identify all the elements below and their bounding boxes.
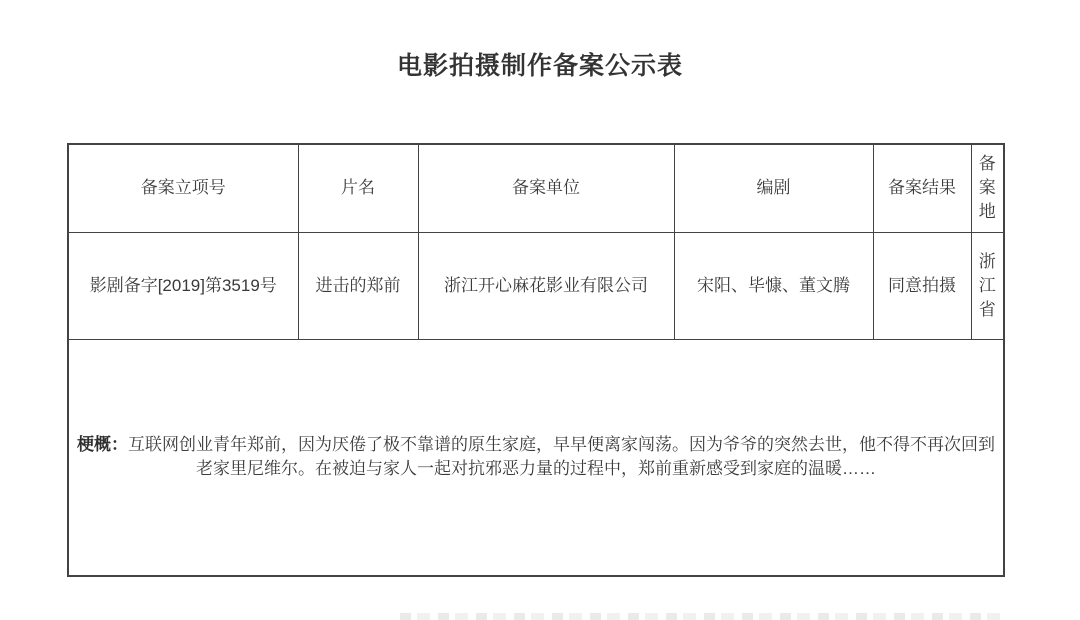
col-header-filing-unit: 备案单位 — [418, 144, 674, 232]
document-page: 电影拍摄制作备案公示表 备案立项号 片名 备案单位 编剧 备案结果 备案地 影剧… — [0, 0, 1080, 620]
col-header-filing-result: 备案结果 — [873, 144, 971, 232]
cell-filing-number: 影剧备字[2019]第3519号 — [68, 232, 298, 339]
synopsis-text: 互联网创业青年郑前，因为厌倦了极不靠谱的原生家庭，早早便离家闯荡。因为爷爷的突然… — [128, 435, 995, 478]
filing-table: 备案立项号 片名 备案单位 编剧 备案结果 备案地 影剧备字[2019]第351… — [67, 143, 1005, 577]
page-title: 电影拍摄制作备案公示表 — [0, 46, 1080, 82]
cell-filing-result: 同意拍摄 — [873, 232, 971, 339]
cell-screenwriters: 宋阳、毕慷、董文腾 — [674, 232, 873, 339]
col-header-filing-location: 备案地 — [971, 144, 1004, 232]
synopsis-row: 梗概：互联网创业青年郑前，因为厌倦了极不靠谱的原生家庭，早早便离家闯荡。因为爷爷… — [68, 339, 1004, 576]
cell-filing-unit: 浙江开心麻花影业有限公司 — [418, 232, 674, 339]
cell-filing-location: 浙江省 — [971, 232, 1004, 339]
table-header-row: 备案立项号 片名 备案单位 编剧 备案结果 备案地 — [68, 144, 1004, 232]
col-header-film-title: 片名 — [298, 144, 418, 232]
col-header-screenwriters: 编剧 — [674, 144, 873, 232]
synopsis-cell: 梗概：互联网创业青年郑前，因为厌倦了极不靠谱的原生家庭，早早便离家闯荡。因为爷爷… — [68, 339, 1004, 576]
col-header-filing-number: 备案立项号 — [68, 144, 298, 232]
table-row: 影剧备字[2019]第3519号 进击的郑前 浙江开心麻花影业有限公司 宋阳、毕… — [68, 232, 1004, 339]
bottom-cutoff-artifact — [400, 613, 1000, 620]
cell-film-title: 进击的郑前 — [298, 232, 418, 339]
synopsis-label: 梗概： — [77, 435, 128, 454]
